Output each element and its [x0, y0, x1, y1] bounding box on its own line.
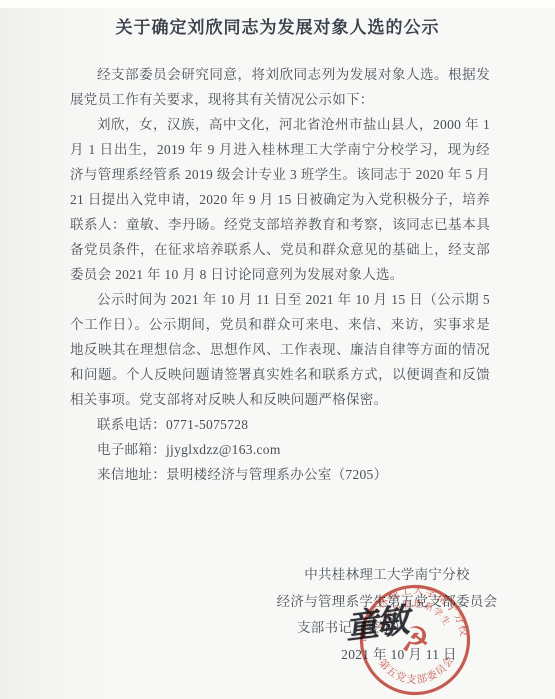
body-line: 联系人：童敏、李丹旸。经党支部培养教育和考察，该同志已基本具: [70, 212, 490, 237]
body-line: 济与管理系经管系 2019 级会计专业 3 班学生。该同志于 2020 年 5 …: [70, 162, 490, 187]
notice-document: 关于确定刘欣同志为发展对象人选的公示 经支部委员会研究同意，将刘欣同志列为发展对…: [0, 0, 555, 699]
body-line: 展党员工作有关要求，现将其有关情况公示如下：: [70, 87, 490, 112]
page-title: 关于确定刘欣同志为发展对象人选的公示: [0, 13, 555, 38]
body-line: 相关事项。党支部将对反映人和反映问题严格保密。: [70, 387, 490, 412]
document-body: 经支部委员会研究同意，将刘欣同志列为发展对象人选。根据发展党员工作有关要求，现将…: [70, 62, 490, 487]
body-line: 个工作日）。公示期间，党员和群众可来电、来信、来访，实事求是: [70, 312, 490, 337]
body-line: 和问题。个人反映问题请签署真实姓名和联系方式，以便调查和反馈: [70, 362, 490, 387]
body-line: 地反映其在理想信念、思想作风、工作表现、廉洁自律等方面的情况: [70, 337, 490, 362]
body-line: 公示时间为 2021 年 10 月 11 日至 2021 年 10 月 15 日…: [70, 287, 490, 312]
body-line: 经支部委员会研究同意，将刘欣同志列为发展对象人选。根据发: [70, 62, 490, 87]
body-line: 联系电话：0771-5075728: [70, 412, 490, 437]
body-line: 来信地址：景明楼经济与管理系办公室（7205）: [70, 462, 490, 487]
handwritten-signature: 童敏: [342, 594, 409, 648]
body-line: 备党员条件，在征求培养联系人、党员和群众意见的基础上，经支部: [70, 237, 490, 262]
body-line: 刘欣，女，汉族，高中文化，河北省沧州市盐山县人，2000 年 1: [70, 112, 490, 137]
body-line: 电子邮箱：jjyglxdzz@163.com: [70, 437, 490, 462]
body-line: 委员会 2021 年 10 月 8 日讨论同意列为发展对象人选。: [70, 262, 490, 287]
body-line: 21 日提出入党申请，2020 年 9 月 15 日被确定为入党积极分子，培养: [70, 187, 490, 212]
body-line: 月 1 日出生，2019 年 9 月进入桂林理工大学南宁分校学习，现为经: [70, 137, 490, 162]
